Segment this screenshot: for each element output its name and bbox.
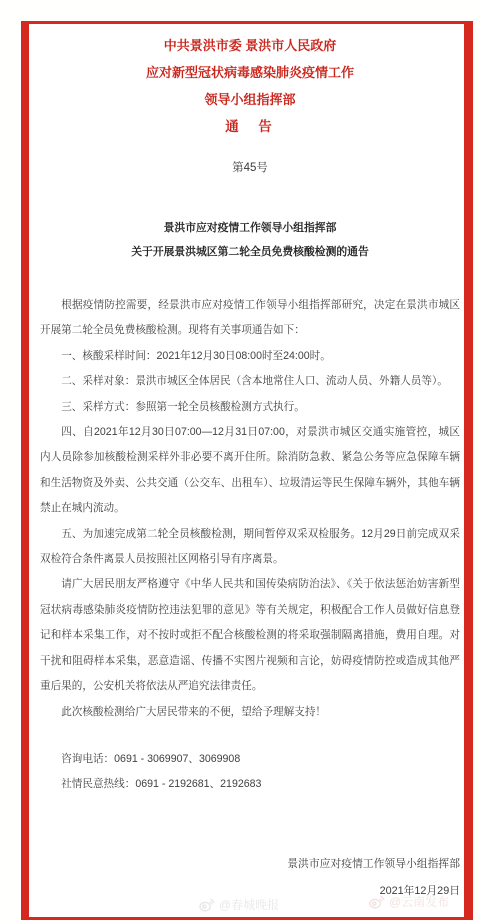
header-line-2: 应对新型冠状病毒感染肺炎疫情工作 bbox=[40, 59, 460, 86]
notice-page: 中共景洪市委 景洪市人民政府 应对新型冠状病毒感染肺炎疫情工作 领导小组指挥部 … bbox=[0, 0, 483, 924]
body-paragraph-apology: 此次核酸检测给广大居民带来的不便，望给予理解支持！ bbox=[40, 700, 460, 725]
notice-body: 根据疫情防控需要，经景洪市应对疫情工作领导小组指挥部研究，决定在景洪市城区开展第… bbox=[40, 293, 460, 798]
notice-title-line-2: 关于开展景洪城区第二轮全员免费核酸检测的通告 bbox=[40, 240, 460, 264]
notice-title: 景洪市应对疫情工作领导小组指挥部 关于开展景洪城区第二轮全员免费核酸检测的通告 bbox=[40, 216, 460, 264]
header-line-3: 领导小组指挥部 bbox=[40, 86, 460, 113]
body-paragraph-item-2: 二、采样对象：景洪市城区全体居民（含本地常住人口、流动人员、外籍人员等）。 bbox=[40, 369, 460, 394]
header-line-1: 中共景洪市委 景洪市人民政府 bbox=[40, 32, 460, 59]
signature-block: 景洪市应对疫情工作领导小组指挥部 2021年12月29日 bbox=[40, 851, 460, 905]
body-paragraph-item-4: 四、自2021年12月30日07:00—12月31日07:00，对景洪市城区交通… bbox=[40, 420, 460, 522]
notice-word: 通 告 bbox=[40, 113, 460, 140]
body-paragraph-item-1: 一、核酸采样时间：2021年12月30日08:00时至24:00时。 bbox=[40, 344, 460, 369]
body-paragraph-intro: 根据疫情防控需要，经景洪市应对疫情工作领导小组指挥部研究，决定在景洪市城区开展第… bbox=[40, 293, 460, 344]
body-paragraph-item-3: 三、采样方式：参照第一轮全员核酸检测方式执行。 bbox=[40, 395, 460, 420]
body-paragraph-item-5: 五、为加速完成第二轮全员核酸检测，期间暂停双采双检服务。12月29日前完成双采双… bbox=[40, 522, 460, 573]
document-number: 第45号 bbox=[40, 158, 460, 178]
contact-hotline-line: 社情民意热线：0691 - 2192681、2192683 bbox=[40, 772, 460, 797]
notice-title-line-1: 景洪市应对疫情工作领导小组指挥部 bbox=[40, 216, 460, 240]
issuing-authority-header: 中共景洪市委 景洪市人民政府 应对新型冠状病毒感染肺炎疫情工作 领导小组指挥部 … bbox=[40, 32, 460, 140]
signature-date: 2021年12月29日 bbox=[40, 878, 460, 905]
signature-organization: 景洪市应对疫情工作领导小组指挥部 bbox=[40, 851, 460, 878]
document-content: 中共景洪市委 景洪市人民政府 应对新型冠状病毒感染肺炎疫情工作 领导小组指挥部 … bbox=[29, 24, 464, 917]
document-red-frame: 中共景洪市委 景洪市人民政府 应对新型冠状病毒感染肺炎疫情工作 领导小组指挥部 … bbox=[21, 21, 473, 920]
body-paragraph-legal: 请广大居民朋友严格遵守《中华人民共和国传染病防治法》、《关于依法惩治妨害新型冠状… bbox=[40, 572, 460, 699]
contact-phone-line: 咨询电话：0691 - 3069907、3069908 bbox=[40, 747, 460, 772]
